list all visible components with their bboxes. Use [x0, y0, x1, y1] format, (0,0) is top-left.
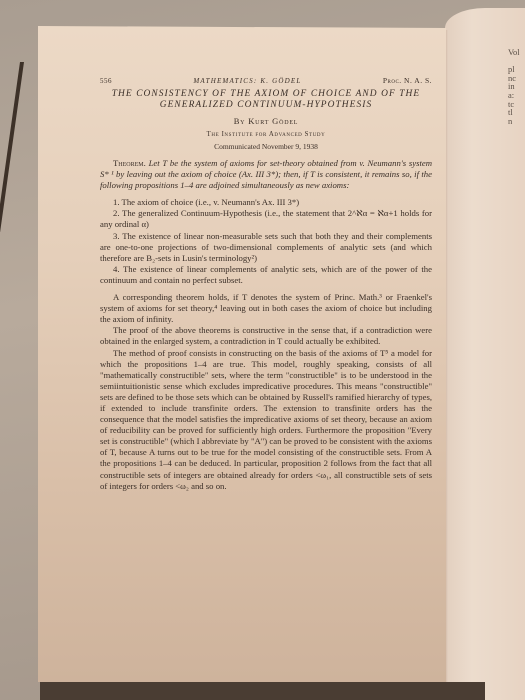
title-line-1: THE CONSISTENCY OF THE AXIOM OF CHOICE A… — [100, 89, 432, 100]
page-number: 556 — [100, 77, 112, 85]
facing-fragment: Vol — [508, 47, 520, 57]
theorem: Theorem. Let T be the system of axioms f… — [100, 158, 432, 191]
running-head: 556 MATHEMATICS: K. GÖDEL Proc. N. A. S. — [100, 76, 432, 85]
journal-page: 556 MATHEMATICS: K. GÖDEL Proc. N. A. S.… — [38, 26, 446, 682]
proposition-4: 4. The existence of linear complements o… — [100, 264, 432, 286]
page-content: 556 MATHEMATICS: K. GÖDEL Proc. N. A. S.… — [100, 76, 432, 492]
paragraph-1: A corresponding theorem holds, if T deno… — [100, 292, 432, 325]
theorem-label: Theorem. — [113, 158, 146, 168]
institution: The Institute for Advanced Study — [100, 131, 432, 138]
paragraph-3: The method of proof consists in construc… — [100, 348, 432, 492]
author: By Kurt Gödel — [100, 116, 432, 126]
proposition-3: 3. The existence of linear non-measurabl… — [100, 231, 432, 264]
proposition-1: 1. The axiom of choice (i.e., v. Neumann… — [100, 197, 432, 208]
facing-fragment: n — [508, 116, 512, 126]
theorem-text: Let T be the system of axioms for set-th… — [100, 158, 432, 190]
running-title: MATHEMATICS: K. GÖDEL — [193, 77, 301, 85]
title-line-2: GENERALIZED CONTINUUM-HYPOTHESIS — [100, 100, 432, 111]
article-title: THE CONSISTENCY OF THE AXIOM OF CHOICE A… — [100, 89, 432, 111]
facing-page-text-fragments: Vol pl nc in a: tc tl n — [508, 48, 520, 125]
bottom-shadow — [40, 682, 485, 700]
journal-abbrev: Proc. N. A. S. — [383, 76, 432, 85]
communicated-date: Communicated November 9, 1938 — [100, 142, 432, 151]
proposition-2: 2. The generalized Continuum-Hypothesis … — [100, 208, 432, 230]
paragraph-2: The proof of the above theorems is const… — [100, 325, 432, 347]
